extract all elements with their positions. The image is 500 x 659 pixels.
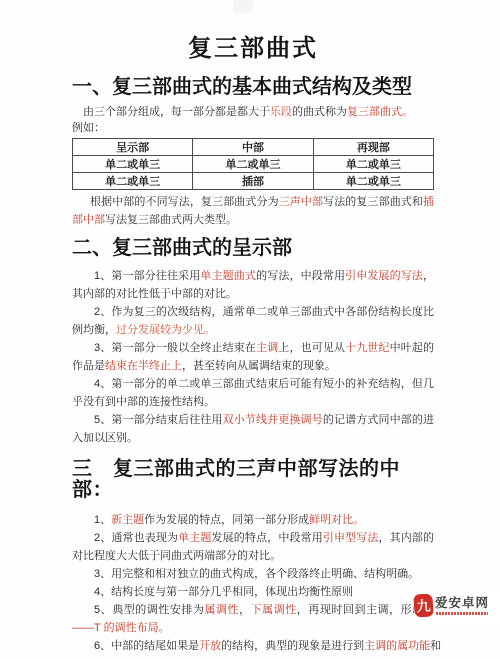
list-item-paragraph-clipped: 6、中部的结尾如果是开放的结构，典型的现象是进行到主调的属功能和 <box>72 637 434 655</box>
list-item-paragraph: 3、第一部分一般以全终止结束在主调上，也可见从十九世纪中叶起的作品是结束在半终止… <box>72 339 434 375</box>
table-cell: 单二或单三 <box>73 173 193 190</box>
section-1-heading: 一、复三部曲式的基本曲式结构及类型 <box>72 77 434 98</box>
document-content: 复三部曲式 一、复三部曲式的基本曲式结构及类型 由三个部分组成，每一部分都是都大… <box>72 0 434 655</box>
seal-icon: 九 <box>413 593 434 617</box>
table-cell: 单二或单三 <box>193 156 313 173</box>
document-page: 复三部曲式 一、复三部曲式的基本曲式结构及类型 由三个部分组成，每一部分都是都大… <box>0 0 500 659</box>
table-row: 单二或单三 单二或单三 单二或单三 <box>73 156 434 173</box>
table-header-row: 呈示部 中部 再现部 <box>73 139 434 156</box>
list-item-paragraph: 2、作为复三的次级结构，通常单二或单三部曲式中各部份结构长度比例均衡，过分发展较… <box>72 303 434 339</box>
watermark-tagline <box>436 612 488 615</box>
table-cell: 单二或单三 <box>313 173 433 190</box>
list-item-paragraph: 1、第一部分往往采用单主题曲式的写法，中段常用引申发展的写法，其内部的对比性低于… <box>72 267 434 303</box>
structure-table: 呈示部 中部 再现部 单二或单三 单二或单三 单二或单三 单二或单三 插部 单二… <box>72 138 434 190</box>
list-item-paragraph: 4、结构长度与第一部分几乎相同，体现出均衡性原则 <box>72 583 434 601</box>
list-item-paragraph: 2、通常也表现为单主题发展的特点，中段常用引申型写法，其内部的对比程度大大低于同… <box>72 529 434 565</box>
watermark-text-block: 爱安卓网 <box>435 596 489 615</box>
list-item-paragraph: 4、第一部分的单二或单三部曲式结束后可能有短小的补充结构，但几乎没有到中部的连接… <box>72 375 434 411</box>
section-3-items: 1、新主题作为发展的特点，同第一部分形成鲜明对比。 2、通常也表现为单主题发展的… <box>72 511 434 655</box>
example-label: 例如： <box>72 120 434 136</box>
table-header-cell: 中部 <box>193 139 313 156</box>
table-cell: 插部 <box>193 173 313 190</box>
section-2-items: 1、第一部分往往采用单主题曲式的写法，中段常用引申发展的写法，其内部的对比性低于… <box>72 267 434 447</box>
document-title: 复三部曲式 <box>72 36 434 62</box>
table-row: 单二或单三 插部 单二或单三 <box>73 173 434 190</box>
list-item-paragraph: 1、新主题作为发展的特点，同第一部分形成鲜明对比。 <box>72 511 434 529</box>
list-item-paragraph: 5、第一部分结束后往往用双小节线并更换调号的记谱方式同中部的进入加以区别。 <box>72 411 434 447</box>
list-item-paragraph: 5、典型的调性安排为属调性，下属调性，再现时回到主调，形成 T——T 的调性布局… <box>72 601 434 637</box>
section-2-heading: 二、复三部曲式的呈示部 <box>72 238 434 259</box>
section-1-note-paragraph: 根据中部的不同写法，复三部曲式分为三声中部写法的复三部曲式和插部中部写法复三部曲… <box>72 193 434 229</box>
watermark-site-name: 爱安卓网 <box>435 596 489 610</box>
table-header-cell: 呈示部 <box>73 139 193 156</box>
table-cell: 单二或单三 <box>73 156 193 173</box>
table-header-cell: 再现部 <box>313 139 433 156</box>
list-item-paragraph: 3、用完整和相对独立的曲式构成，各个段落终止明确、结构明确。 <box>72 565 434 583</box>
site-watermark: 九 爱安卓网 <box>414 586 500 624</box>
section-3-heading: 三 复三部曲式的三声中部写法的中部： <box>72 459 434 501</box>
table-cell: 单二或单三 <box>313 156 433 173</box>
section-1-intro-paragraph: 由三个部分组成，每一部分都是都大于乐段的曲式称为复三部曲式。 <box>72 104 434 120</box>
